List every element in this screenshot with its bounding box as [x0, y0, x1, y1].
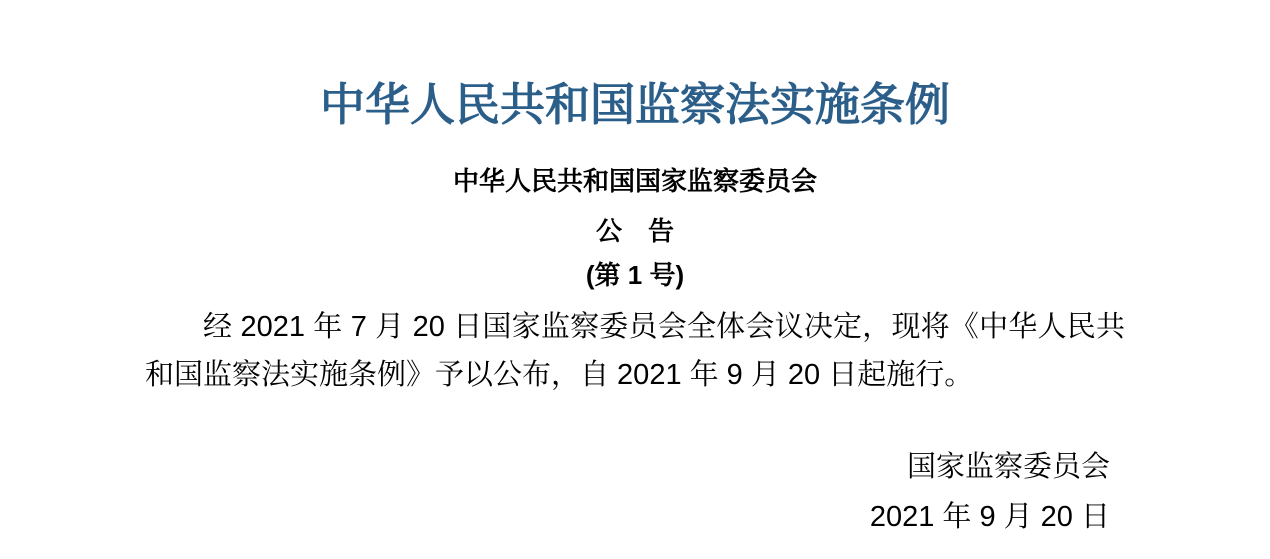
document-title: 中华人民共和国监察法实施条例	[145, 80, 1125, 130]
notice-number: (第 1 号)	[145, 260, 1125, 290]
signature-issuer: 国家监察委员会	[145, 442, 1110, 492]
document-page: 中华人民共和国监察法实施条例 中华人民共和国国家监察委员会 公 告 (第 1 号…	[145, 0, 1125, 542]
signature-date: 2021 年 9 月 20 日	[145, 492, 1110, 542]
announcement-body: 经 2021 年 7 月 20 日国家监察委员会全体会议决定，现将《中华人民共和…	[145, 303, 1125, 399]
notice-type-heading: 公 告	[145, 216, 1125, 246]
issuing-authority: 中华人民共和国国家监察委员会	[145, 166, 1125, 196]
signature-block: 国家监察委员会 2021 年 9 月 20 日	[145, 442, 1125, 542]
